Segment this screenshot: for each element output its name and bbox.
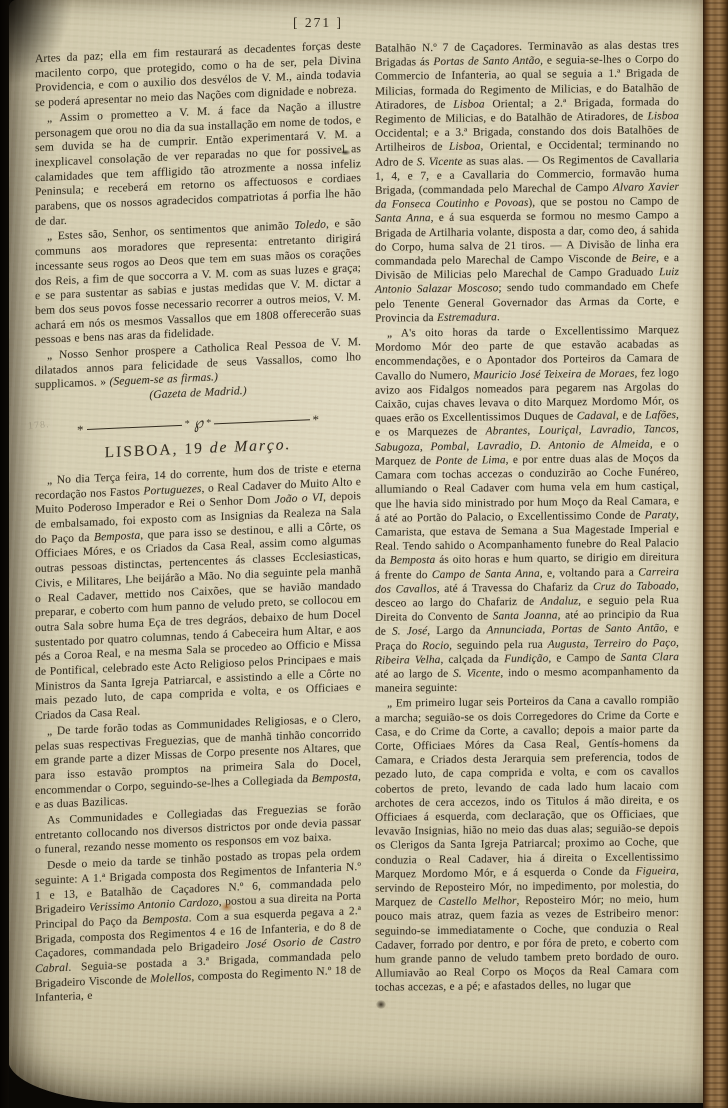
- divider-glyph: ℘: [191, 416, 204, 433]
- ink-blot: [376, 1000, 386, 1009]
- binding-gutter-shadow: [0, 0, 9, 1108]
- divider-glyph: *: [185, 420, 190, 430]
- divider-glyph: *: [313, 413, 320, 426]
- paragraph: „ De tarde forão todas as Communidades R…: [35, 711, 361, 813]
- divider-rule: [87, 424, 182, 430]
- book-fore-edge: [703, 0, 728, 1108]
- paragraph: „ A's oito horas da tarde o Excellentiss…: [375, 323, 679, 696]
- divider-glyph: *: [77, 423, 84, 436]
- paragraph: „ Em primeiro lugar seis Porteiros da Ca…: [375, 693, 679, 995]
- left-column: Artes da paz; ella em fim restaurará as …: [35, 38, 361, 1006]
- text-area: Artes da paz; ella em fim restaurará as …: [35, 38, 691, 992]
- scanned-gazette-page: [ 271 ] Artes da paz; ella em fim restau…: [0, 0, 728, 1108]
- faint-margin-mark: 178.: [28, 419, 50, 432]
- divider-glyph: *: [206, 419, 211, 429]
- page-number: [ 271 ]: [228, 15, 408, 31]
- paragraph: Desde o meio da tarde se tinhão postado …: [35, 845, 361, 1006]
- ornament-divider: **℘**: [77, 412, 319, 438]
- paragraph: „ No dia Terça feira, 14 do corrente, hu…: [35, 460, 361, 724]
- paragraph: Batalhão N.º 7 de Caçadores. Terminavão …: [375, 38, 679, 326]
- dateline-heading: LISBOA, 19 de Março.: [35, 433, 361, 465]
- divider-rule: [214, 419, 309, 425]
- paragraph: „ Estes são, Senhor, os sentimentos que …: [35, 216, 361, 348]
- paragraph: „ Assim o prometteo a V. M. á face da Na…: [35, 98, 361, 230]
- right-column: Batalhão N.º 7 de Caçadores. Terminavão …: [375, 38, 679, 996]
- page-paper: [ 271 ] Artes da paz; ella em fim restau…: [8, 0, 704, 1103]
